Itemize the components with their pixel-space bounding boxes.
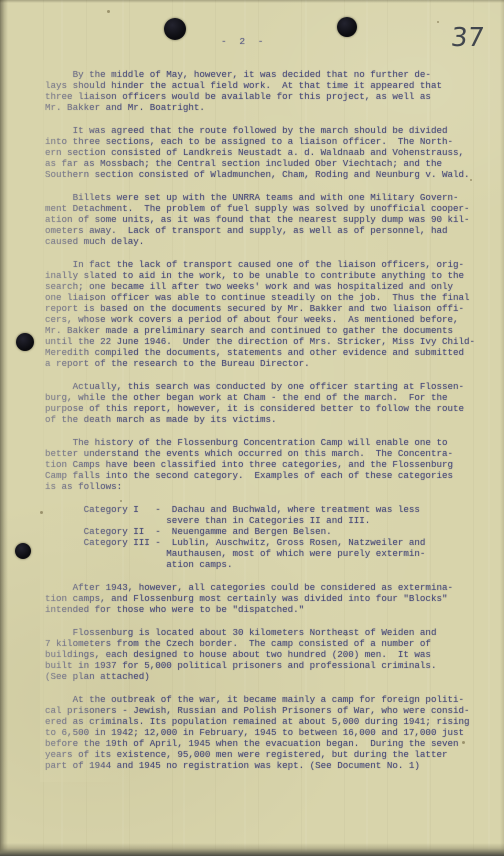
- paragraph-after-1943: After 1943, however, all categories coul…: [45, 582, 495, 615]
- page-number: - 2 -: [221, 36, 267, 47]
- hole-punch-top-left: [164, 18, 186, 40]
- document-text: By the middle of May, however, it was de…: [45, 69, 495, 783]
- paper-edge-shadow-right: [500, 0, 504, 856]
- paragraph-billets: Billets were set up with the UNRRA teams…: [45, 192, 495, 247]
- paragraph-camp-population: At the outbreak of the war, it became ma…: [45, 694, 495, 771]
- paper-speck: [462, 741, 465, 744]
- paper-edge-shadow-left: [0, 0, 8, 856]
- paper-speck: [90, 299, 92, 301]
- paper-speck: [120, 500, 122, 502]
- paper-speck: [437, 21, 439, 23]
- paragraph-route-sections: It was agreed that the route followed by…: [45, 125, 495, 180]
- hole-punch-top-right: [337, 17, 357, 37]
- category-list: Category I - Dachau and Buchwald, where …: [45, 504, 495, 570]
- archive-page-number: 37: [450, 24, 486, 52]
- paper-speck: [470, 179, 472, 181]
- paper-speck: [107, 10, 110, 13]
- paper-speck: [40, 511, 43, 514]
- paper-speck: [345, 634, 347, 636]
- hole-punch-left-lower: [15, 543, 31, 559]
- paper-edge-shadow-top: [0, 0, 504, 3]
- paragraph-transport-lack: In fact the lack of transport caused one…: [45, 259, 495, 369]
- paper-edge-shadow-bottom: [0, 843, 504, 856]
- paragraph-camp-history: The history of the Flossenburg Concentra…: [45, 437, 495, 492]
- paragraph-camp-location: Flossenburg is located about 30 kilomete…: [45, 627, 495, 682]
- hole-punch-left-upper: [16, 333, 34, 351]
- scanned-document-page: - 2 - 37 By the middle of May, however, …: [0, 0, 504, 856]
- paragraph-field-work: By the middle of May, however, it was de…: [45, 69, 495, 113]
- paragraph-search-conduct: Actually, this search was conducted by o…: [45, 381, 495, 425]
